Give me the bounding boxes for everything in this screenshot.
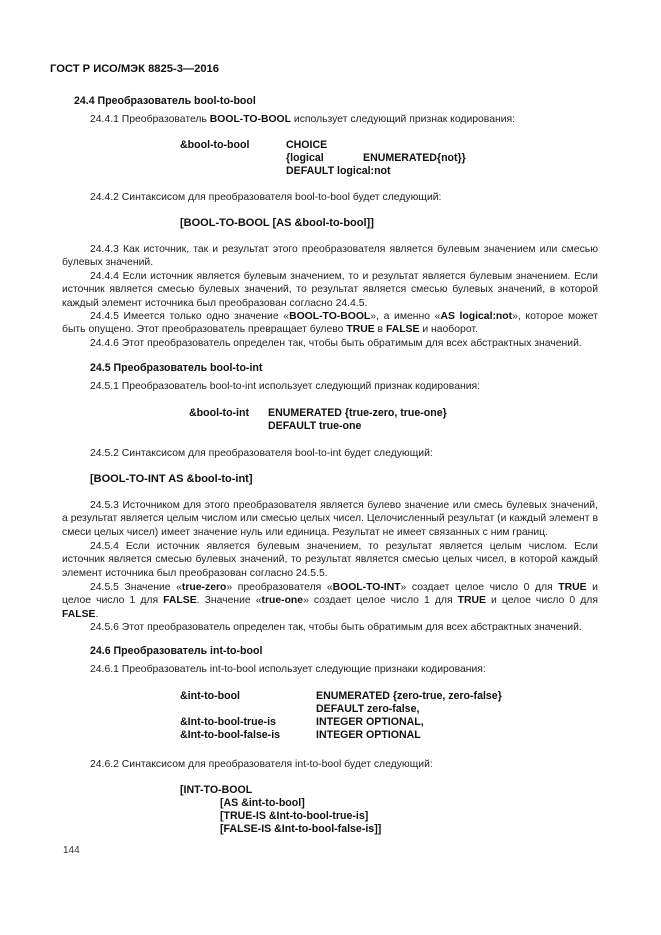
bold-term: TRUE (346, 324, 374, 335)
paragraph-24-4-4: 24.4.4 Если источник является булевым зн… (62, 270, 598, 310)
section-heading-24-5: 24.5 Преобразователь bool-to-int (90, 362, 262, 374)
text: 24.4.3 Как источник, так и результат это… (62, 244, 598, 268)
code-name: &int-to-bool (180, 690, 240, 702)
code-name-bool-to-int: &bool-to-int (189, 407, 249, 419)
paragraph-24-4-5: 24.4.5 Имеется только одно значение «BOO… (62, 310, 598, 337)
paragraph-24-4-6: 24.4.6 Этот преобразователь определен та… (62, 337, 598, 350)
code-name: &Int-to-bool-false-is (180, 729, 280, 741)
syntax-bool-to-bool: [BOOL-TO-BOOL [AS &bool-to-bool]] (180, 217, 374, 229)
code-line: ENUMERATED{not}} (363, 152, 466, 164)
text: 24.5.6 Этот преобразователь определен та… (90, 622, 582, 633)
section-heading-24-4: 24.4 Преобразователь bool-to-bool (74, 95, 256, 107)
paragraph-24-5-2: 24.5.2 Синтаксисом для преобразователя b… (90, 447, 433, 460)
paragraph-24-4-2: 24.4.2 Синтаксисом для преобразователя b… (90, 191, 441, 204)
bold-term: AS logical:not (440, 311, 512, 322)
text: и наоборот. (419, 324, 477, 335)
text: использует следующий признак кодирования… (291, 114, 515, 125)
code-line: CHOICE (286, 139, 327, 151)
text: 24.5.4 Если источник является булевым зн… (62, 541, 598, 579)
code-line: ENUMERATED {true-zero, true-one} (268, 407, 447, 419)
bold-term: FALSE (163, 595, 197, 606)
paragraph-24-4-1: 24.4.1 Преобразователь BOOL-TO-BOOL испо… (90, 113, 515, 126)
paragraph-24-5-1: 24.5.1 Преобразователь bool-to-int испол… (90, 380, 480, 393)
page-number: 144 (63, 845, 80, 856)
bold-term: true-one (262, 595, 304, 606)
paragraph-24-6-2: 24.6.2 Синтаксисом для преобразователя i… (90, 758, 433, 771)
section-heading-24-6: 24.6 Преобразователь int-to-bool (90, 645, 262, 657)
paragraph-24-6-1: 24.6.1 Преобразователь int-to-bool испол… (90, 663, 486, 676)
text: 24.4.1 Преобразователь (90, 114, 210, 125)
text: и целое число 0 для (486, 595, 598, 606)
bold-term: FALSE (62, 609, 96, 620)
paragraph-24-5-6: 24.5.6 Этот преобразователь определен та… (62, 621, 598, 634)
bold-term: TRUE (558, 582, 586, 593)
code-value: INTEGER OPTIONAL (316, 729, 421, 741)
text: . Значение « (197, 595, 262, 606)
code-name: &Int-to-bool-true-is (180, 716, 276, 728)
syntax-line: [FALSE-IS &Int-to-bool-false-is]] (220, 823, 381, 835)
bold-term: true-zero (182, 582, 226, 593)
text: » создает целое число 0 для (401, 582, 559, 593)
text: 24.5.5 Значение « (90, 582, 182, 593)
code-value: INTEGER OPTIONAL, (316, 716, 424, 728)
text: . (96, 609, 99, 620)
text: » преобразователя « (226, 582, 332, 593)
paragraph-24-5-3: 24.5.3 Источником для этого преобразоват… (62, 499, 598, 539)
code-value: ENUMERATED {zero-true, zero-false} (316, 690, 502, 702)
syntax-bool-to-int: [BOOL-TO-INT AS &bool-to-int] (90, 473, 253, 485)
paragraph-24-5-5: 24.5.5 Значение «true-zero» преобразоват… (62, 581, 598, 621)
text: 24.4.4 Если источник является булевым зн… (62, 271, 598, 309)
code-value: DEFAULT zero-false, (316, 703, 419, 715)
bold-term: BOOL-TO-INT (333, 582, 401, 593)
bold-term: TRUE (458, 595, 486, 606)
syntax-line: [INT-TO-BOOL (180, 784, 252, 796)
text: », а именно « (370, 311, 440, 322)
paragraph-24-5-4: 24.5.4 Если источник является булевым зн… (62, 540, 598, 580)
document-header: ГОСТ Р ИСО/МЭК 8825-3—2016 (50, 63, 219, 75)
text: 24.5.3 Источником для этого преобразоват… (62, 500, 598, 538)
paragraph-24-4-3: 24.4.3 Как источник, так и результат это… (62, 243, 598, 270)
text: » создает целое число 1 для (303, 595, 458, 606)
code-line: DEFAULT logical:not (286, 165, 391, 177)
code-line: {logical (286, 152, 324, 164)
bold-term: BOOL-TO-BOOL (289, 311, 370, 322)
code-name-bool-to-bool: &bool-to-bool (180, 139, 249, 151)
code-line: DEFAULT true-one (268, 420, 361, 432)
bold-term: FALSE (386, 324, 420, 335)
bold-term: BOOL-TO-BOOL (210, 114, 291, 125)
text: 24.4.6 Этот преобразователь определен та… (90, 338, 582, 349)
syntax-line: [TRUE-IS &Int-to-bool-true-is] (220, 810, 368, 822)
text: 24.4.5 Имеется только одно значение « (90, 311, 289, 322)
text: в (375, 324, 386, 335)
syntax-line: [AS &int-to-bool] (220, 797, 305, 809)
